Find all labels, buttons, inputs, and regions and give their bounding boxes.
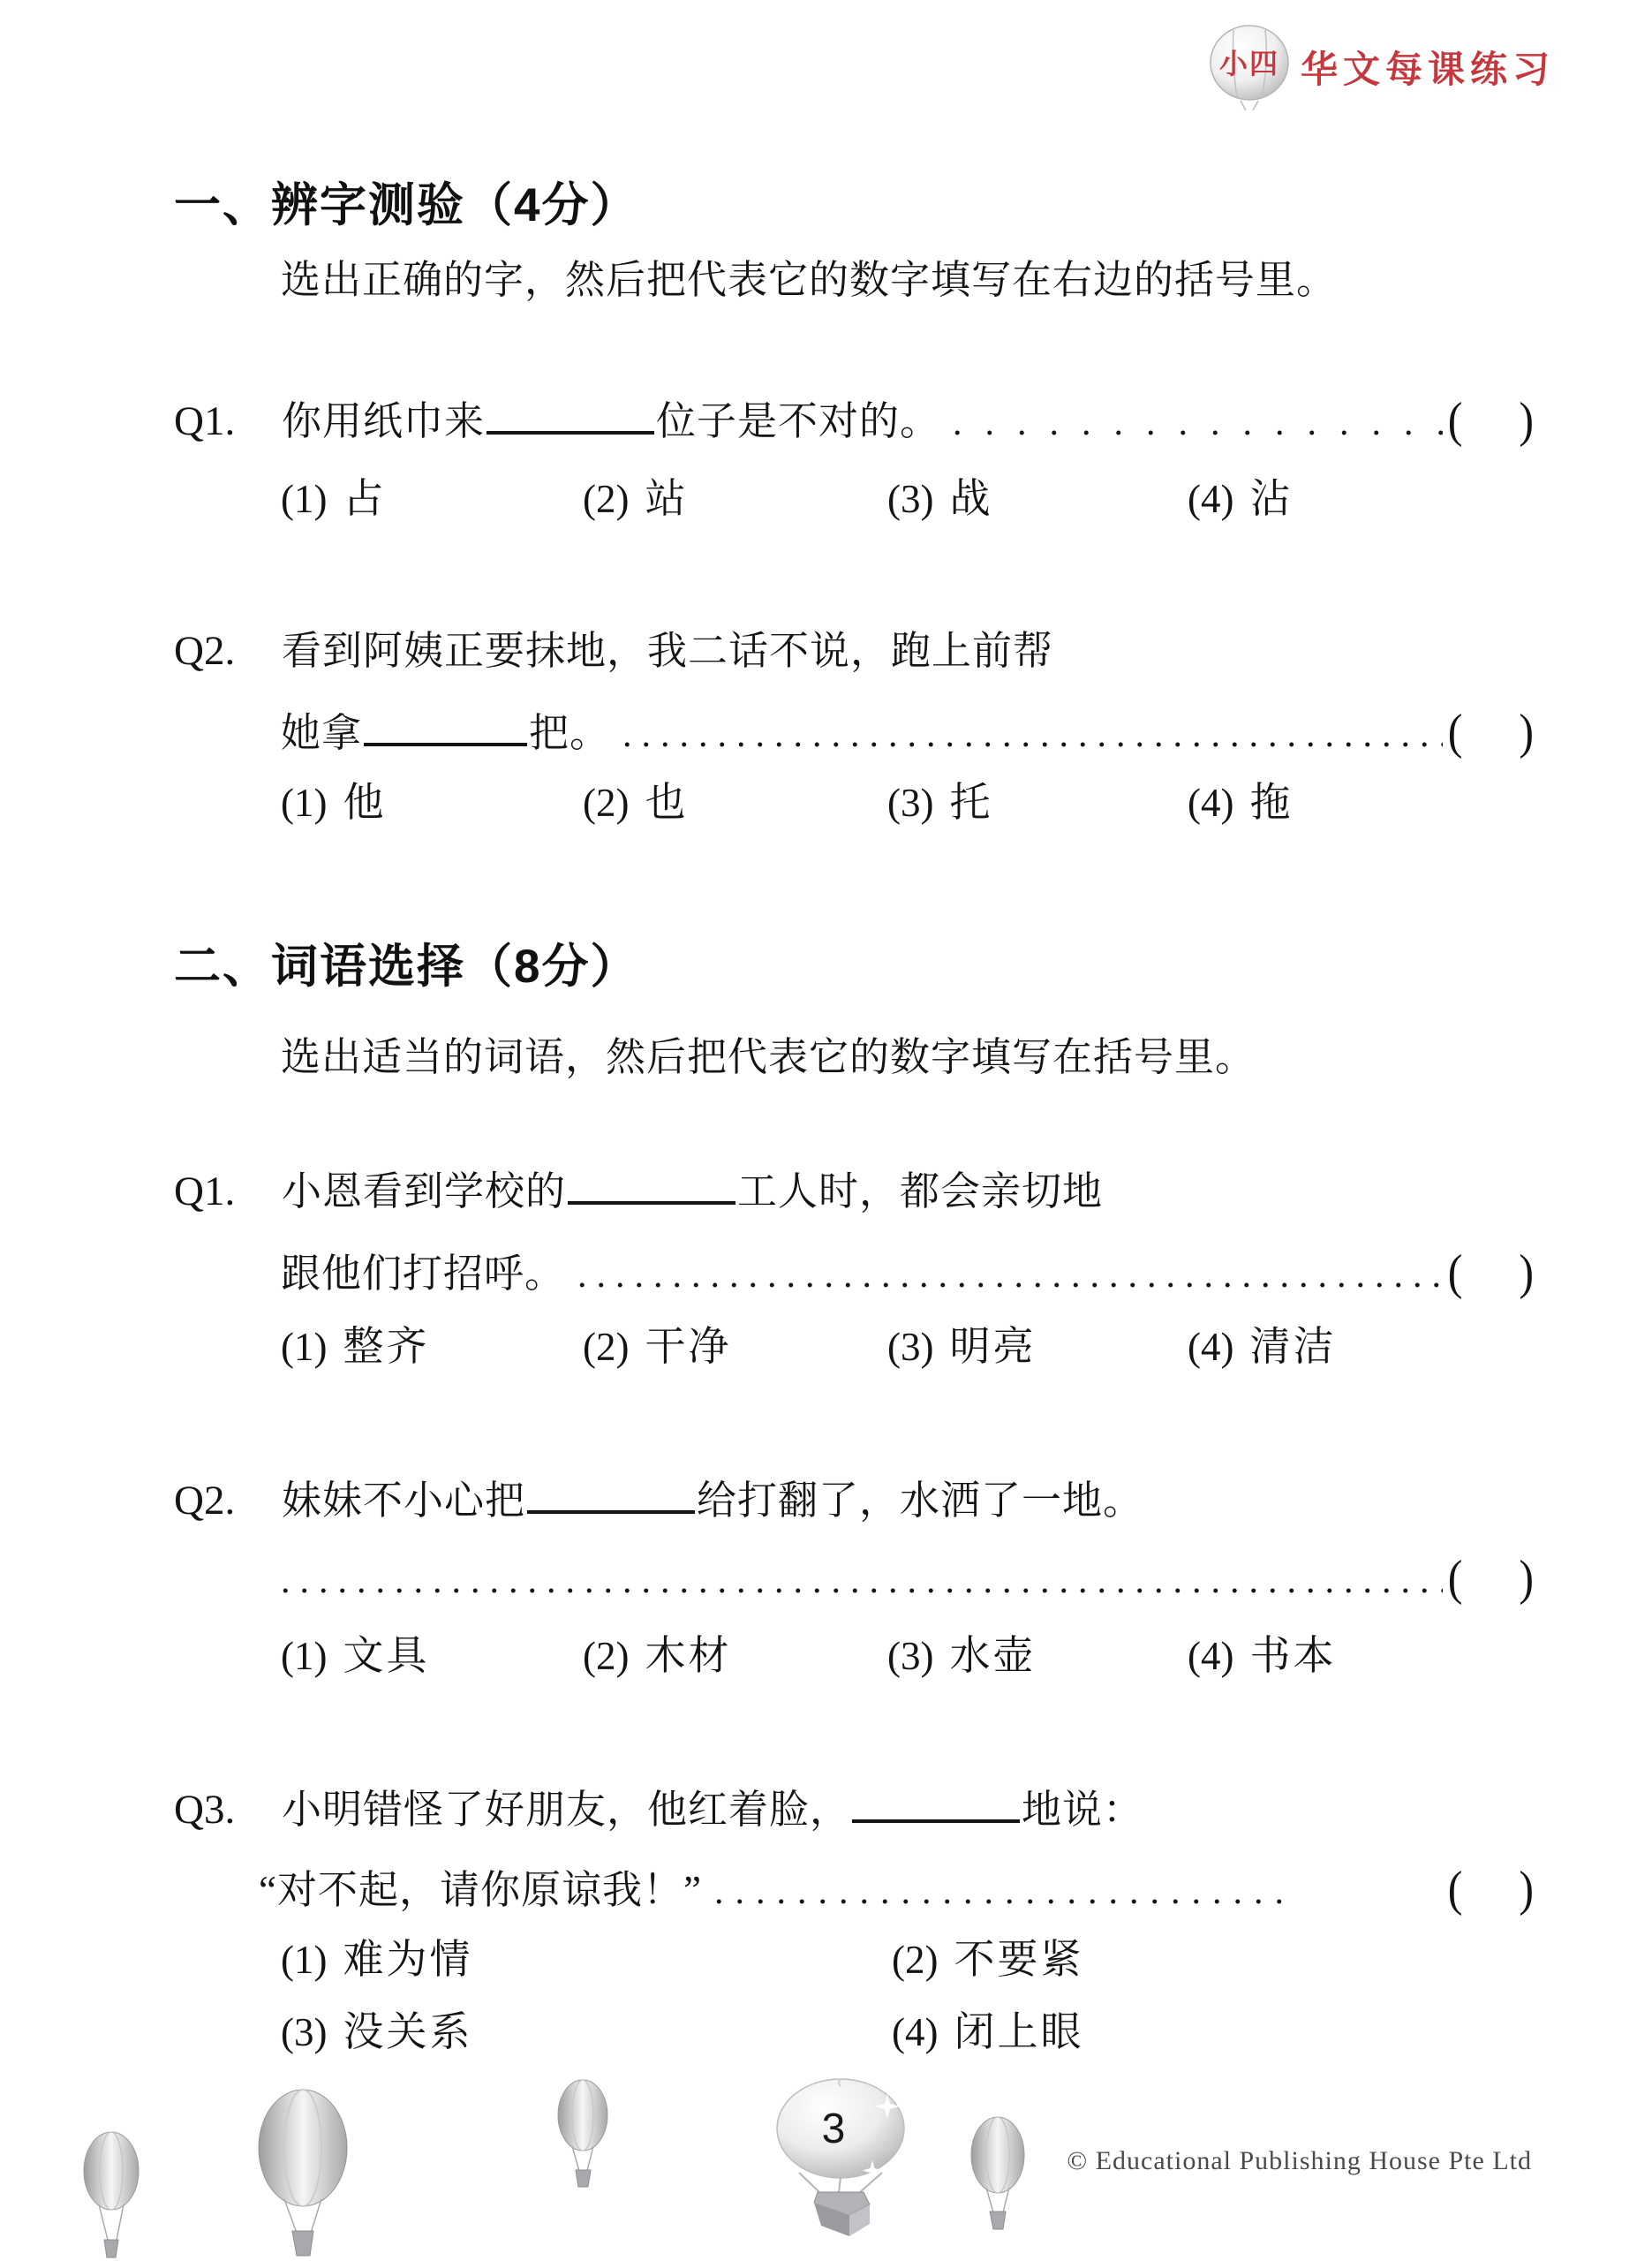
option-text: 他 xyxy=(343,770,386,828)
option-text: 文具 xyxy=(343,1623,429,1682)
question-text-pre: 她拿 xyxy=(281,700,362,758)
option-1: (1)难为情 xyxy=(281,1927,892,1985)
question-label: Q2. xyxy=(174,1477,282,1524)
fill-in-blank xyxy=(364,733,527,746)
question-line: Q1. 你用纸巾来 位子是不对的。 ................ ( ) xyxy=(174,389,1534,446)
option-number: (3) xyxy=(887,780,933,826)
answer-paren-close: ) xyxy=(1519,1244,1534,1301)
option-text: 明亮 xyxy=(949,1314,1036,1372)
option-number: (3) xyxy=(887,476,933,522)
page-header: 小四 华文每课练习 xyxy=(1207,23,1555,111)
option-3: (3)托 xyxy=(887,770,1188,828)
option-4: (4)书本 xyxy=(1188,1623,1534,1682)
option-2: (2)也 xyxy=(583,770,887,828)
fill-in-blank xyxy=(852,1810,1020,1823)
question-line: Q1. 小恩看到学校的 工人时，都会亲切地 xyxy=(174,1159,1103,1216)
fill-in-blank xyxy=(527,1501,695,1514)
question-text-post: 给打翻了，水洒了一地。 xyxy=(697,1468,1143,1525)
options-row: (1)难为情 (2)不要紧 xyxy=(281,1927,1534,1985)
option-number: (2) xyxy=(892,1937,938,1983)
fill-in-blank xyxy=(487,421,654,435)
answer-paren-open: ( xyxy=(1448,391,1463,449)
section-instruction: 选出适当的词语，然后把代表它的数字填写在括号里。 xyxy=(281,1025,1256,1082)
page-number: 3 xyxy=(822,2106,846,2152)
section-1-title-row: 一、辨字测验（4分） xyxy=(174,168,638,235)
question-text: 看到阿姨正要抹地，我二话不说，跑上前帮 xyxy=(282,618,1053,676)
option-number: (2) xyxy=(583,476,629,522)
option-text: 干净 xyxy=(645,1314,731,1372)
option-2: (2)木材 xyxy=(583,1623,887,1682)
question-text-post: 地说： xyxy=(1022,1777,1143,1834)
dotted-leader: ................ xyxy=(953,402,1443,444)
option-number: (2) xyxy=(583,780,629,826)
question-line-continued: 她拿 把。 ..................................… xyxy=(281,700,1534,758)
answer-paren-open: ( xyxy=(1448,703,1463,760)
series-title: 华文每课练习 xyxy=(1301,41,1555,94)
option-2: (2)不要紧 xyxy=(892,1927,1534,1985)
option-number: (1) xyxy=(281,1324,327,1370)
question-line-continued: 跟他们打招呼。 ................................… xyxy=(281,1241,1534,1298)
option-number: (3) xyxy=(887,1633,933,1679)
option-text: 战 xyxy=(949,466,992,525)
option-text: 占 xyxy=(343,466,386,525)
option-1: (1)占 xyxy=(281,466,583,525)
options-row: (1)占 (2)站 (3)战 (4)沾 xyxy=(281,466,1534,525)
answer-paren-close: ) xyxy=(1519,391,1534,449)
section-instruction: 选出正确的字，然后把代表它的数字填写在右边的括号里。 xyxy=(281,247,1337,305)
section-title: 二、词语选择（8分） xyxy=(174,929,638,996)
option-text: 托 xyxy=(949,770,992,828)
question-text-pre: 小明错怪了好朋友，他红着脸， xyxy=(282,1777,850,1834)
option-text: 也 xyxy=(645,770,688,828)
balloon-icon-small-3 xyxy=(971,2117,1024,2229)
question-text-post: 把。 xyxy=(529,700,610,758)
dotted-leader: ........................................… xyxy=(577,1254,1443,1297)
question-text-pre: 妹妹不小心把 xyxy=(282,1468,525,1525)
balloon-icon-header: 小四 xyxy=(1207,23,1292,111)
question-text: 跟他们打招呼。 xyxy=(281,1241,565,1298)
options-row: (1)整齐 (2)干净 (3)明亮 (4)清洁 xyxy=(281,1314,1534,1372)
answer-paren-open: ( xyxy=(1448,1549,1463,1607)
option-text: 不要紧 xyxy=(954,1927,1083,1985)
option-3: (3)明亮 xyxy=(887,1314,1188,1372)
question-text: “对不起，请你原谅我！” xyxy=(259,1857,702,1915)
copyright-text: © Educational Publishing House Pte Ltd xyxy=(1067,2146,1532,2176)
question-line-continued: ........................................… xyxy=(281,1552,1534,1603)
option-number: (1) xyxy=(281,1937,327,1983)
question-label: Q1. xyxy=(174,1168,282,1215)
answer-paren-open: ( xyxy=(1448,1860,1463,1917)
options-row: (1)他 (2)也 (3)托 (4)拖 xyxy=(281,770,1534,828)
option-3: (3)水壶 xyxy=(887,1623,1188,1682)
question-label: Q1. xyxy=(174,397,282,445)
option-text: 清洁 xyxy=(1249,1314,1336,1372)
question-label: Q3. xyxy=(174,1786,282,1834)
answer-paren-close: ) xyxy=(1519,703,1534,760)
section-1-instruction-row: 选出正确的字，然后把代表它的数字填写在右边的括号里。 xyxy=(281,247,1337,305)
question-text-post: 工人时，都会亲切地 xyxy=(737,1159,1103,1216)
option-4: (4)拖 xyxy=(1188,770,1534,828)
dotted-leader: ........................................… xyxy=(622,714,1443,756)
option-text: 书本 xyxy=(1249,1623,1336,1682)
option-number: (2) xyxy=(583,1633,629,1679)
option-4: (4)沾 xyxy=(1188,466,1534,525)
option-1: (1)整齐 xyxy=(281,1314,583,1372)
page-number-balloon: 3 xyxy=(777,2079,904,2236)
option-2: (2)站 xyxy=(583,466,887,525)
option-number: (4) xyxy=(1188,476,1233,522)
balloon-icon-medium xyxy=(259,2090,347,2256)
option-2: (2)干净 xyxy=(583,1314,887,1372)
option-number: (4) xyxy=(1188,1633,1233,1679)
question-text-pre: 你用纸巾来 xyxy=(282,389,485,446)
question-line: Q3. 小明错怪了好朋友，他红着脸， 地说： xyxy=(174,1777,1143,1834)
answer-paren-open: ( xyxy=(1448,1244,1463,1301)
answer-paren-close: ) xyxy=(1519,1860,1534,1917)
fill-in-blank xyxy=(568,1191,735,1205)
option-text: 整齐 xyxy=(343,1314,429,1372)
question-line: Q2. 妹妹不小心把 给打翻了，水洒了一地。 xyxy=(174,1468,1143,1525)
option-number: (4) xyxy=(1188,780,1233,826)
option-1: (1)他 xyxy=(281,770,583,828)
question-line-continued: “对不起，请你原谅我！” ...........................… xyxy=(259,1857,1534,1915)
option-text: 水壶 xyxy=(949,1623,1036,1682)
option-text: 木材 xyxy=(645,1623,731,1682)
question-label: Q2. xyxy=(174,627,282,675)
question-line: Q2. 看到阿姨正要抹地，我二话不说，跑上前帮 xyxy=(174,618,1053,676)
option-number: (1) xyxy=(281,1633,327,1679)
balloon-icon-small-1 xyxy=(84,2132,139,2257)
question-text-post: 位子是不对的。 xyxy=(656,389,940,446)
option-1: (1)文具 xyxy=(281,1623,583,1682)
option-number: (1) xyxy=(281,476,327,522)
section-2-instruction-row: 选出适当的词语，然后把代表它的数字填写在括号里。 xyxy=(281,1025,1256,1082)
worksheet-page: 小四 华文每课练习 一、辨字测验（4分） 选出正确的字，然后把代表它的数字填写在… xyxy=(0,0,1652,2261)
balloon-icon-small-2 xyxy=(558,2080,607,2187)
question-text-pre: 小恩看到学校的 xyxy=(282,1159,566,1216)
option-4: (4)清洁 xyxy=(1188,1314,1534,1372)
option-text: 沾 xyxy=(1249,466,1293,525)
dotted-leader: ............................ xyxy=(714,1871,1443,1913)
section-2-title-row: 二、词语选择（8分） xyxy=(174,929,638,996)
option-text: 难为情 xyxy=(343,1927,472,1985)
dotted-leader: ........................................… xyxy=(281,1560,1443,1602)
answer-paren-close: ) xyxy=(1519,1549,1534,1607)
option-number: (3) xyxy=(887,1324,933,1370)
option-number: (1) xyxy=(281,780,327,826)
option-number: (2) xyxy=(583,1324,629,1370)
option-number: (4) xyxy=(1188,1324,1233,1370)
option-3: (3)战 xyxy=(887,466,1188,525)
header-badge-text: 小四 xyxy=(1219,47,1279,80)
option-text: 站 xyxy=(645,466,688,525)
option-text: 拖 xyxy=(1249,770,1293,828)
options-row: (1)文具 (2)木材 (3)水壶 (4)书本 xyxy=(281,1623,1534,1682)
section-title: 一、辨字测验（4分） xyxy=(174,168,638,235)
